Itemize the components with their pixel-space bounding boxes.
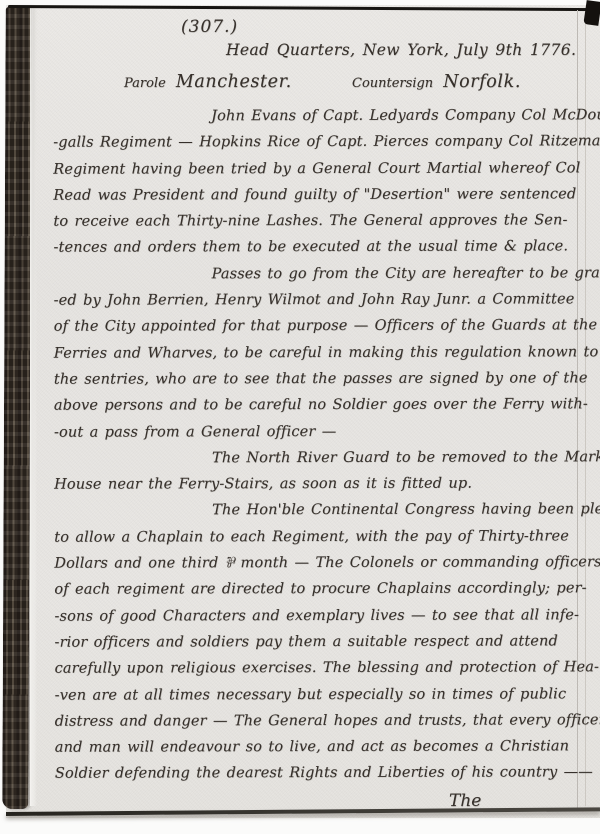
parole-value: Manchester. [176,72,292,92]
manuscript-line: of each regiment are directed to procure… [54,576,576,604]
manuscript-line: John Evans of Capt. Ledyards Company Col… [53,102,575,130]
manuscript-line: Ferries and Wharves, to be careful in ma… [54,339,576,367]
manuscript-line: of the City appointed for that purpose —… [54,313,576,341]
dateline: Head Quarters, New York, July 9th 1776. [226,41,576,59]
scanned-manuscript-photo: (307.) Head Quarters, New York, July 9th… [0,0,600,834]
page-number: (307.) [181,17,238,37]
manuscript-line: -galls Regiment — Hopkins Rice of Capt. … [53,129,575,157]
manuscript-line: Read was President and found guilty of "… [53,181,575,209]
manuscript-line: to allow a Chaplain to each Regiment, wi… [54,523,576,551]
manuscript-line: -sons of good Characters and exemplary l… [54,602,576,630]
manuscript-line: -ed by John Berrien, Henry Wilmot and Jo… [54,286,576,314]
manuscript-line: the sentries, who are to see that the pa… [54,365,576,393]
manuscript-line: carefully upon religious exercises. The … [55,655,577,683]
manuscript-line: -rior officers and soldiers pay them a s… [54,628,576,656]
manuscript-line: The Hon'ble Continental Congress having … [54,497,576,525]
manuscript-line: Passes to go from the City are hereafter… [54,260,576,288]
manuscript-lines: John Evans of Capt. Ledyards Company Col… [53,102,577,787]
manuscript-line: above persons and to be careful no Soldi… [54,392,576,420]
manuscript-line: House near the Ferry-Stairs, as soon as … [54,470,576,498]
manuscript-line: Regiment having been tried by a General … [53,155,575,183]
manuscript-line: -tences and orders them to be executed a… [53,234,575,262]
manuscript-line: Soldier defending the dearest Rights and… [55,760,577,788]
manuscript-line: to receive each Thirty-nine Lashes. The … [53,208,575,236]
countersign-label: Countersign [352,76,433,91]
countersign-value: Norfolk. [443,72,521,92]
manuscript-line: -out a pass from a General officer — [54,418,576,446]
parole: ParoleManchester. [124,72,292,92]
page-gutter-highlight [30,8,37,806]
top-right-corner-mark [583,0,600,26]
book-binding-edge [2,7,31,809]
manuscript-line: and man will endeavour so to live, and a… [55,733,577,761]
manuscript-line: The North River Guard to be removed to t… [54,444,576,472]
countersign: CountersignNorfolk. [352,72,521,92]
parole-label: Parole [124,76,166,91]
manuscript-line: -ven are at all times necessary but espe… [55,681,577,709]
manuscript-line: distress and danger — The General hopes … [55,707,577,735]
manuscript-line: Dollars and one third ⅌ month — The Colo… [54,549,576,577]
